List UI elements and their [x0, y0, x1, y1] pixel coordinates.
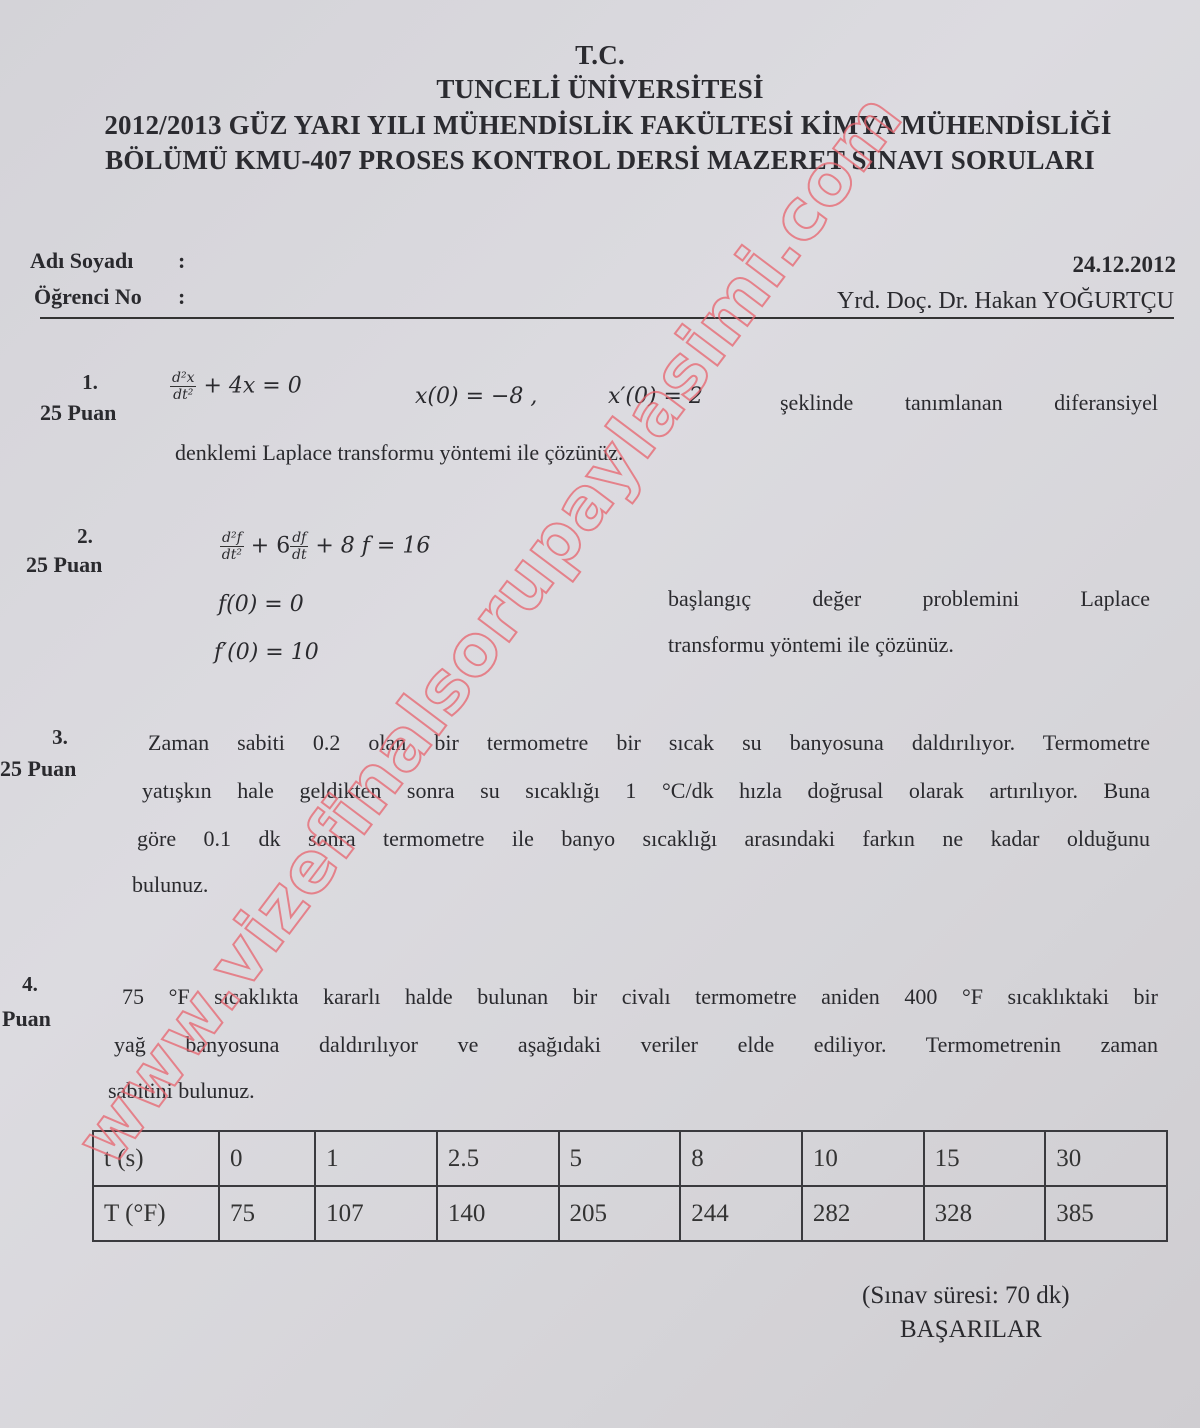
table-cell: 10	[802, 1131, 924, 1186]
q2-points: 25 Puan	[26, 552, 102, 578]
q1-equation: d²xdt² + 4x = 0	[170, 370, 302, 403]
q3-points: 25 Puan	[0, 756, 76, 782]
q1-initial-condition-2: x′(0) = 2	[608, 384, 703, 409]
table-cell: 0	[219, 1131, 315, 1186]
q3-number: 3.	[30, 725, 90, 750]
q1-eq-denominator: dt²	[173, 387, 193, 403]
q1-initial-condition-1: x(0) = −8 ,	[415, 384, 537, 409]
q1-points: 25 Puan	[40, 400, 116, 426]
q2-eq-numerator-2: df	[290, 530, 308, 547]
table-row-time: t (s) 0 1 2.5 5 8 10 15 30	[93, 1131, 1167, 1186]
q2-eq-denominator-1: dt²	[222, 547, 242, 563]
table-cell: 205	[559, 1186, 681, 1241]
q3-text-line4: bulunuz.	[132, 872, 208, 898]
table-cell: 140	[437, 1186, 559, 1241]
q4-data-table: t (s) 0 1 2.5 5 8 10 15 30 T (°F) 75 107…	[92, 1130, 1168, 1242]
table-cell: 107	[315, 1186, 437, 1241]
instructor-name: Yrd. Doç. Dr. Hakan YOĞURTÇU	[837, 288, 1174, 315]
q2-initial-condition-2: f′(0) = 10	[214, 640, 319, 665]
q1-text-line1: şeklinde tanımlanan diferansiyel	[780, 390, 1158, 416]
table-cell: 15	[924, 1131, 1046, 1186]
table-cell: 1	[315, 1131, 437, 1186]
q4-points: Puan	[2, 1006, 51, 1032]
q3-text-line3: göre 0.1 dk sonra termometre ile banyo s…	[137, 826, 1150, 852]
table-cell: 30	[1045, 1131, 1167, 1186]
q4-text-line3: sabitini bulunuz.	[108, 1078, 255, 1104]
q2-eq-rest: + 8 f = 16	[315, 534, 430, 559]
header-university: TUNCELİ ÜNİVERSİTESİ	[0, 74, 1200, 105]
row-label-temperature: T (°F)	[93, 1186, 219, 1241]
q2-number: 2.	[55, 524, 115, 549]
q2-equation: d²fdt² + 6dfdt + 8 f = 16	[220, 530, 430, 563]
q2-eq-numerator-1: d²f	[220, 530, 244, 547]
q2-initial-condition-1: f(0) = 0	[218, 592, 304, 617]
header-divider	[40, 317, 1174, 319]
student-number-label: Öğrenci No	[34, 284, 142, 310]
table-cell: 328	[924, 1186, 1046, 1241]
table-cell: 75	[219, 1186, 315, 1241]
row-label-time: t (s)	[93, 1131, 219, 1186]
table-cell: 5	[559, 1131, 681, 1186]
q4-text-line2: yağ banyosuna daldırılıyor ve aşağıdaki …	[114, 1032, 1158, 1058]
table-cell: 282	[802, 1186, 924, 1241]
table-row-temperature: T (°F) 75 107 140 205 244 282 328 385	[93, 1186, 1167, 1241]
table-cell: 244	[680, 1186, 802, 1241]
header-course: BÖLÜMÜ KMU-407 PROSES KONTROL DERSİ MAZE…	[0, 145, 1200, 176]
q2-text-line1: başlangıç değer problemini Laplace	[668, 586, 1150, 612]
table-cell: 2.5	[437, 1131, 559, 1186]
q1-eq-numerator: d²x	[170, 370, 196, 387]
q2-eq-mid: + 6	[251, 534, 290, 559]
q4-text-line1: 75 °F sıcaklıkta kararlı halde bulunan b…	[122, 984, 1158, 1010]
table-cell: 385	[1045, 1186, 1167, 1241]
exam-duration: (Sınav süresi: 70 dk)	[862, 1282, 1070, 1310]
q4-number: 4.	[0, 972, 60, 997]
header-semester: 2012/2013 GÜZ YARI YILI MÜHENDİSLİK FAKÜ…	[8, 110, 1200, 141]
number-colon: :	[178, 284, 185, 310]
exam-date: 24.12.2012	[1073, 252, 1177, 278]
q1-eq-rest: + 4x = 0	[203, 374, 301, 399]
q3-text-line1: Zaman sabiti 0.2 olan bir termometre bir…	[148, 730, 1150, 756]
good-luck-text: BAŞARILAR	[900, 1316, 1042, 1344]
header-tc: T.C.	[0, 40, 1200, 71]
q1-number: 1.	[60, 370, 120, 395]
q3-text-line2: yatışkın hale geldikten sonra su sıcaklı…	[142, 778, 1150, 804]
table-cell: 8	[680, 1131, 802, 1186]
q2-text-line2: transformu yöntemi ile çözünüz.	[668, 632, 954, 658]
q2-eq-denominator-2: dt	[292, 547, 307, 563]
q1-text-line2: denklemi Laplace transformu yöntemi ile …	[175, 440, 623, 466]
name-colon: :	[178, 248, 185, 274]
watermark: www.vizefinalsorupaylasimi.com	[60, 78, 918, 1179]
name-label: Adı Soyadı	[30, 248, 133, 274]
